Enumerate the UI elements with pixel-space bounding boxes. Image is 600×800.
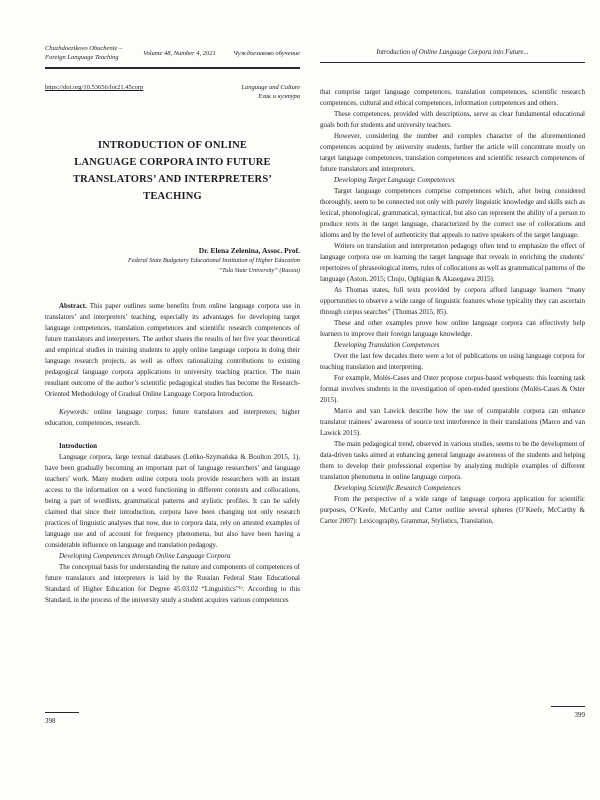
author-affiliation-line2: “Tula State University” (Russia) — [45, 266, 300, 276]
doi-row: https://doi.org/10.53656/for21.45corp La… — [45, 83, 300, 101]
footnote-rule — [45, 712, 79, 713]
abstract-text: This paper outlines some benefits from o… — [45, 302, 300, 398]
body-paragraph: Language corpora, large textual database… — [45, 452, 300, 551]
right-page-body: that comprise target language competence… — [320, 87, 585, 527]
subsection-heading: Developing Scientific Research Competenc… — [320, 483, 585, 494]
running-head: Introduction of Online Language Corpora … — [320, 48, 585, 63]
abstract-paragraph: Abstract. This paper outlines some benef… — [45, 301, 300, 400]
body-paragraph: Target language competences comprise com… — [320, 186, 585, 241]
subsection-heading: Developing Translation Competences — [320, 340, 585, 351]
volume-info: Volume 48, Number 4, 2021 — [140, 49, 220, 58]
body-paragraph: The main pedagogical trend, observed in … — [320, 439, 585, 483]
page-number: 399 — [551, 710, 585, 720]
journal-title-en: Chuzhdoezikovo Obuchenie – Foreign Langu… — [45, 44, 137, 62]
body-paragraph: These competences, provided with descrip… — [320, 109, 585, 131]
right-page: Introduction of Online Language Corpora … — [320, 0, 585, 800]
section-label: Language and Culture Език и култура — [241, 83, 300, 101]
subsection-heading: Developing Target Language Competences — [320, 175, 585, 186]
body-paragraph: The conceptual basis for understanding t… — [45, 562, 300, 606]
body-paragraph: Writers on translation and interpretatio… — [320, 241, 585, 285]
keywords-label: Keywords: — [59, 408, 89, 416]
left-page-footer: 398 — [45, 712, 79, 726]
left-page: Chuzhdoezikovo Obuchenie – Foreign Langu… — [45, 0, 300, 800]
section-heading: Introduction — [45, 441, 300, 452]
article-title: INTRODUCTION OF ONLINE LANGUAGE CORPORA … — [67, 137, 279, 205]
journal-title-bg: Чуждоезиково обучение — [222, 49, 300, 58]
abstract-label: Abstract. — [59, 302, 87, 310]
page-number: 398 — [45, 716, 79, 726]
author-affiliation-line1: Federal State Budgetary Educational Inst… — [45, 256, 300, 266]
section-label-en: Language and Culture — [241, 83, 300, 92]
journal-header: Chuzhdoezikovo Obuchenie – Foreign Langu… — [45, 44, 300, 69]
body-paragraph: From the perspective of a wide range of … — [320, 494, 585, 527]
body-paragraph: As Thomas states, full texts provided by… — [320, 285, 585, 318]
left-page-body: IntroductionLanguage corpora, large text… — [45, 441, 300, 606]
author-name: Dr. Elena Zelenina, Assoc. Prof. — [45, 245, 300, 256]
subsection-heading: Developing Competences through Online La… — [45, 551, 300, 562]
section-label-bg: Език и култура — [241, 92, 300, 101]
doi-link[interactable]: https://doi.org/10.53656/for21.45corp — [45, 83, 143, 92]
body-paragraph: Marco and van Lawick describe how the us… — [320, 406, 585, 439]
keywords-paragraph: Keywords: online language corpus; future… — [45, 407, 300, 429]
footnote-rule — [551, 706, 585, 707]
body-paragraph: Over the last few decades there were a l… — [320, 351, 585, 373]
body-paragraph: that comprise target language competence… — [320, 87, 585, 109]
body-paragraph: These and other examples prove how onlin… — [320, 318, 585, 340]
right-page-footer: 399 — [551, 706, 585, 720]
body-paragraph: However, considering the number and comp… — [320, 131, 585, 175]
body-paragraph: For example, Molés-Cases and Oster propo… — [320, 373, 585, 406]
author-block: Dr. Elena Zelenina, Assoc. Prof. Federal… — [45, 245, 300, 275]
